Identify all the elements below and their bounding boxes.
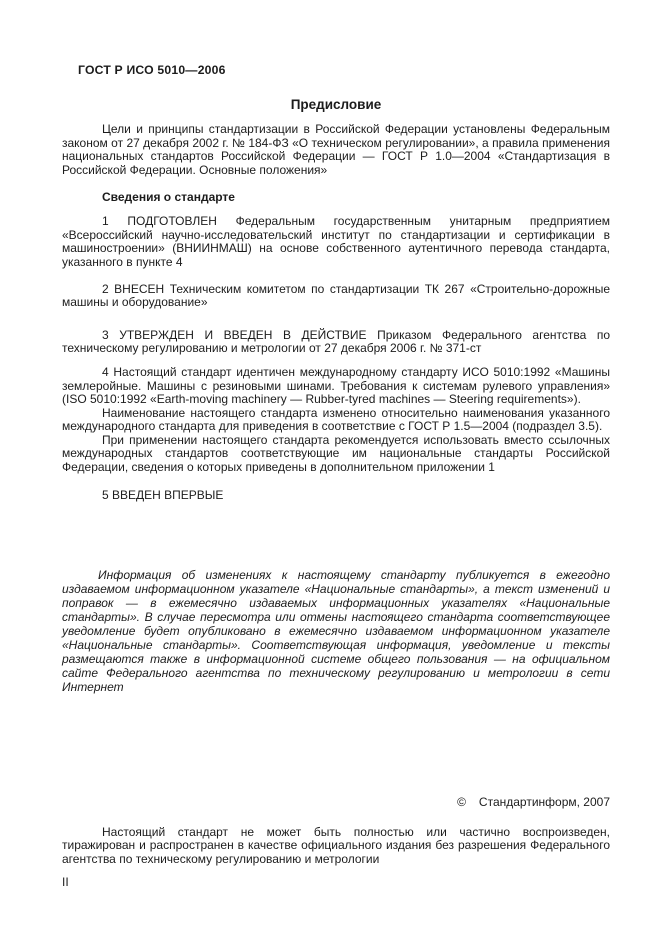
standard-info-item-5: 5 ВВЕДЕН ВПЕРВЫЕ: [62, 489, 610, 503]
page-content: ГОСТ Р ИСО 5010—2006 Предисловие Цели и …: [0, 64, 661, 889]
document-page: ГОСТ Р ИСО 5010—2006 Предисловие Цели и …: [0, 0, 661, 936]
standard-info-item-2: 2 ВНЕСЕН Техническим комитетом по станда…: [62, 283, 610, 310]
item-5-paragraph: 5 ВВЕДЕН ВПЕРВЫЕ: [62, 489, 610, 503]
document-code-header: ГОСТ Р ИСО 5010—2006: [78, 64, 610, 78]
item-2-paragraph: 2 ВНЕСЕН Техническим комитетом по станда…: [62, 283, 610, 310]
copyright-symbol-icon: ©: [457, 796, 466, 810]
item-4-paragraph-2: Наименование настоящего стандарта измене…: [62, 407, 610, 434]
page-number: II: [62, 876, 610, 890]
publication-note-paragraph: Информация об изменениях к настоящему ст…: [62, 568, 610, 694]
item-3-paragraph: 3 УТВЕРЖДЕН И ВВЕДЕН В ДЕЙСТВИЕ Приказом…: [62, 329, 610, 356]
item-1-paragraph: 1 ПОДГОТОВЛЕН Федеральным государственны…: [62, 215, 610, 269]
publication-note: Информация об изменениях к настоящему ст…: [62, 568, 610, 694]
standard-info-item-1: 1 ПОДГОТОВЛЕН Федеральным государственны…: [62, 215, 610, 269]
item-4-paragraph-1: 4 Настоящий стандарт идентичен междунаро…: [62, 366, 610, 407]
standard-info-heading: Сведения о стандарте: [62, 191, 610, 205]
copyright-line: ©Стандартинформ, 2007: [62, 796, 610, 810]
intro-paragraph: Цели и принципы стандартизации в Российс…: [62, 123, 610, 177]
item-4-paragraph-3: При применении настоящего стандарта реко…: [62, 434, 610, 475]
foreword-title: Предисловие: [62, 98, 610, 112]
standard-info-item-4: 4 Настоящий стандарт идентичен междунаро…: [62, 366, 610, 475]
footer-restriction-note: Настоящий стандарт не может быть полност…: [62, 826, 610, 867]
standard-info-item-3: 3 УТВЕРЖДЕН И ВВЕДЕН В ДЕЙСТВИЕ Приказом…: [62, 329, 610, 356]
copyright-text: Стандартинформ, 2007: [479, 795, 610, 809]
